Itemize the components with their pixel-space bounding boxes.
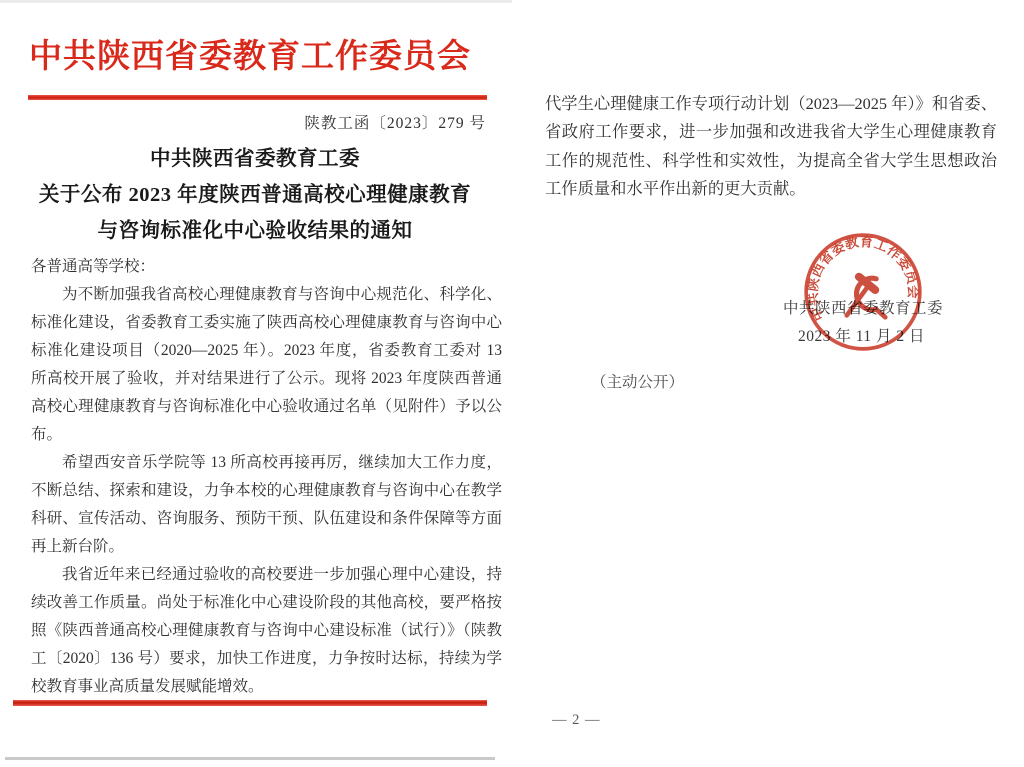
notice-title-line3: 与咨询标准化中心验收结果的通知 xyxy=(18,213,492,249)
salutation: 各普通高等学校： xyxy=(31,253,502,281)
masthead-title: 中共陕西省委教育工作委员会 xyxy=(20,30,480,77)
body-continuation: 代学生心理健康工作专项行动计划（2023—2025 年）》和省委、省政府工作要求… xyxy=(545,90,997,203)
red-separator-rule-top xyxy=(28,95,487,100)
scanned-document-spread: 中共陕西省委教育工作委员会 陕教工函〔2023〕279 号 中共陕西省委教育工委… xyxy=(0,0,1024,767)
scan-edge-top xyxy=(0,0,512,3)
disclosure-note: （主动公开） xyxy=(591,370,684,392)
paragraph-1: 为不断加强我省高校心理健康教育与咨询中心规范化、科学化、标准化建设，省委教育工委… xyxy=(31,281,502,449)
notice-body: 各普通高等学校： 为不断加强我省高校心理健康教育与咨询中心规范化、科学化、标准化… xyxy=(31,253,502,701)
official-seal: 中共陕西省委教育工作委员会 xyxy=(797,226,929,358)
page-number: — 2 — xyxy=(552,712,601,729)
red-separator-rule-bottom xyxy=(13,700,487,706)
paragraph-3: 我省近年来已经通过验收的高校要进一步加强心理中心建设，持续改善工作质量。尚处于标… xyxy=(31,561,502,701)
notice-title: 中共陕西省委教育工委 关于公布 2023 年度陕西普通高校心理健康教育 与咨询标… xyxy=(18,141,492,249)
scan-edge-bottom xyxy=(5,757,495,760)
paragraph-2: 希望西安音乐学院等 13 所高校再接再厉，继续加大工作力度，不断总结、探索和建设… xyxy=(31,449,502,561)
paragraph-4-continued: 代学生心理健康工作专项行动计划（2023—2025 年）》和省委、省政府工作要求… xyxy=(545,90,997,203)
notice-title-line2: 关于公布 2023 年度陕西普通高校心理健康教育 xyxy=(18,177,492,213)
hammer-sickle-icon xyxy=(847,277,886,318)
document-number: 陕教工函〔2023〕279 号 xyxy=(31,111,486,133)
page-1: 中共陕西省委教育工作委员会 陕教工函〔2023〕279 号 中共陕西省委教育工委… xyxy=(0,0,515,767)
page-2: 代学生心理健康工作专项行动计划（2023—2025 年）》和省委、省政府工作要求… xyxy=(515,0,1024,767)
notice-title-line1: 中共陕西省委教育工委 xyxy=(18,141,492,177)
